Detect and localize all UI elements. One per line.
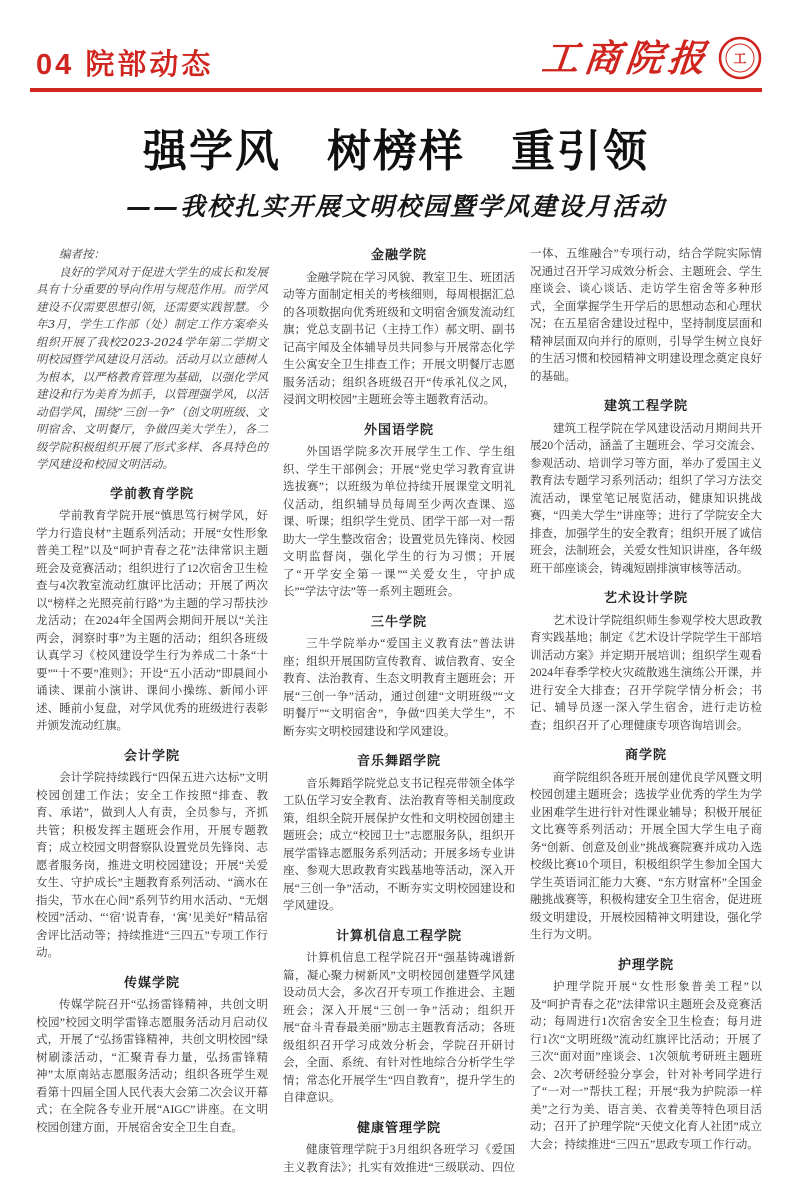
section-body-accounting: 会计学院持续践行“四保五进六达标”文明校园创建工作法；安全工作按照“排查、教育、… bbox=[36, 770, 268, 963]
section-body-foreign-languages: 外国语学院多次开展学生工作、学生组织、学生干部例会；开展“党史学习教育宣讲选拔赛… bbox=[283, 444, 515, 602]
section-heading-media: 传媒学院 bbox=[36, 974, 268, 992]
section-heading-accounting: 会计学院 bbox=[36, 747, 268, 765]
section-heading-architecture-engineering: 建筑工程学院 bbox=[530, 397, 762, 415]
article-title: 强学风 树榜样 重引领 bbox=[0, 128, 792, 176]
editor-note-paragraph: 良好的学风对于促进大学生的成长和发展具有十分重要的导向作用与规范作用。而学风建设… bbox=[36, 264, 268, 474]
section-body-music-dance: 音乐舞蹈学院党总支书记程亮带领全体学工队伍学习安全教育、法治教育等相关制度政策，… bbox=[283, 776, 515, 916]
section-body-nursing: 护理学院开展“女性形象普美工程”以及“呵护青春之花”法律常识主题班会及竞赛活动；… bbox=[530, 979, 762, 1154]
section-body-art-design: 艺术设计学院组织师生参观学校大思政教育实践基地；制定《艺术设计学院学生干部培训活… bbox=[530, 613, 762, 736]
section-heading-preschool-education: 学前教育学院 bbox=[36, 485, 268, 503]
page-number-section-label: 04 院部动态 bbox=[36, 51, 213, 80]
section-body-computer-information: 计算机信息工程学院召开“强基铸魂谱新篇，凝心聚力树新风”文明校园创建暨学风建设动… bbox=[283, 950, 515, 1108]
masthead: 04 院部动态 工商院报 工 bbox=[0, 0, 792, 84]
masthead-rule bbox=[30, 88, 762, 92]
section-heading-finance: 金融学院 bbox=[283, 246, 515, 264]
section-heading-health-management: 健康管理学院 bbox=[283, 1119, 515, 1137]
section-heading-art-design: 艺术设计学院 bbox=[530, 589, 762, 607]
section-body-preschool-education: 学前教育学院开展“慎思笃行树学风，好学力行造良材”主题系列活动；开展“女性形象普… bbox=[36, 508, 268, 736]
section-body-sanniu: 三牛学院举办“爱国主义教育法”普法讲座；组织开展国防宣传教育、诚信教育、安全教育… bbox=[283, 636, 515, 741]
newspaper-logo-text: 工商院报 bbox=[540, 40, 712, 77]
school-seal-icon: 工 bbox=[718, 36, 762, 80]
section-body-business: 商学院组织各班开展创建优良学风暨文明校园创建主题班会；选拔学业优秀的学生为学业困… bbox=[530, 770, 762, 945]
svg-text:工: 工 bbox=[733, 51, 746, 66]
section-heading-music-dance: 音乐舞蹈学院 bbox=[283, 752, 515, 770]
section-heading-nursing: 护理学院 bbox=[530, 956, 762, 974]
section-body-finance: 金融学院在学习风貌、教室卫生、班团活动等方面制定相关的考核细则，每周根据汇总的各… bbox=[283, 270, 515, 410]
newspaper-logo: 工商院报 工 bbox=[542, 36, 762, 80]
editor-note-label: 编者按： bbox=[36, 246, 268, 264]
section-heading-foreign-languages: 外国语学院 bbox=[283, 421, 515, 439]
article-body: 编者按： 良好的学风对于促进大学生的成长和发展具有十分重要的导向作用与规范作用。… bbox=[36, 246, 762, 1186]
article-subtitle: ——我校扎实开展文明校园暨学风建设月活动 bbox=[0, 192, 792, 222]
section-heading-computer-information: 计算机信息工程学院 bbox=[283, 927, 515, 945]
newspaper-page: 04 院部动态 工商院报 工 强学风 树榜样 重引领 ——我校扎实开展文明校园暨… bbox=[0, 0, 792, 1192]
section-body-media: 传媒学院召开“弘扬雷锋精神，共创文明校园”校园文明学雷锋志愿服务活动月启动仪式，… bbox=[36, 997, 268, 1137]
section-heading-sanniu: 三牛学院 bbox=[283, 613, 515, 631]
section-body-architecture-engineering: 建筑工程学院在学风建设活动月期间共开展20个活动，涵盖了主题班会、学习交流会、参… bbox=[530, 421, 762, 579]
section-heading-business: 商学院 bbox=[530, 746, 762, 764]
